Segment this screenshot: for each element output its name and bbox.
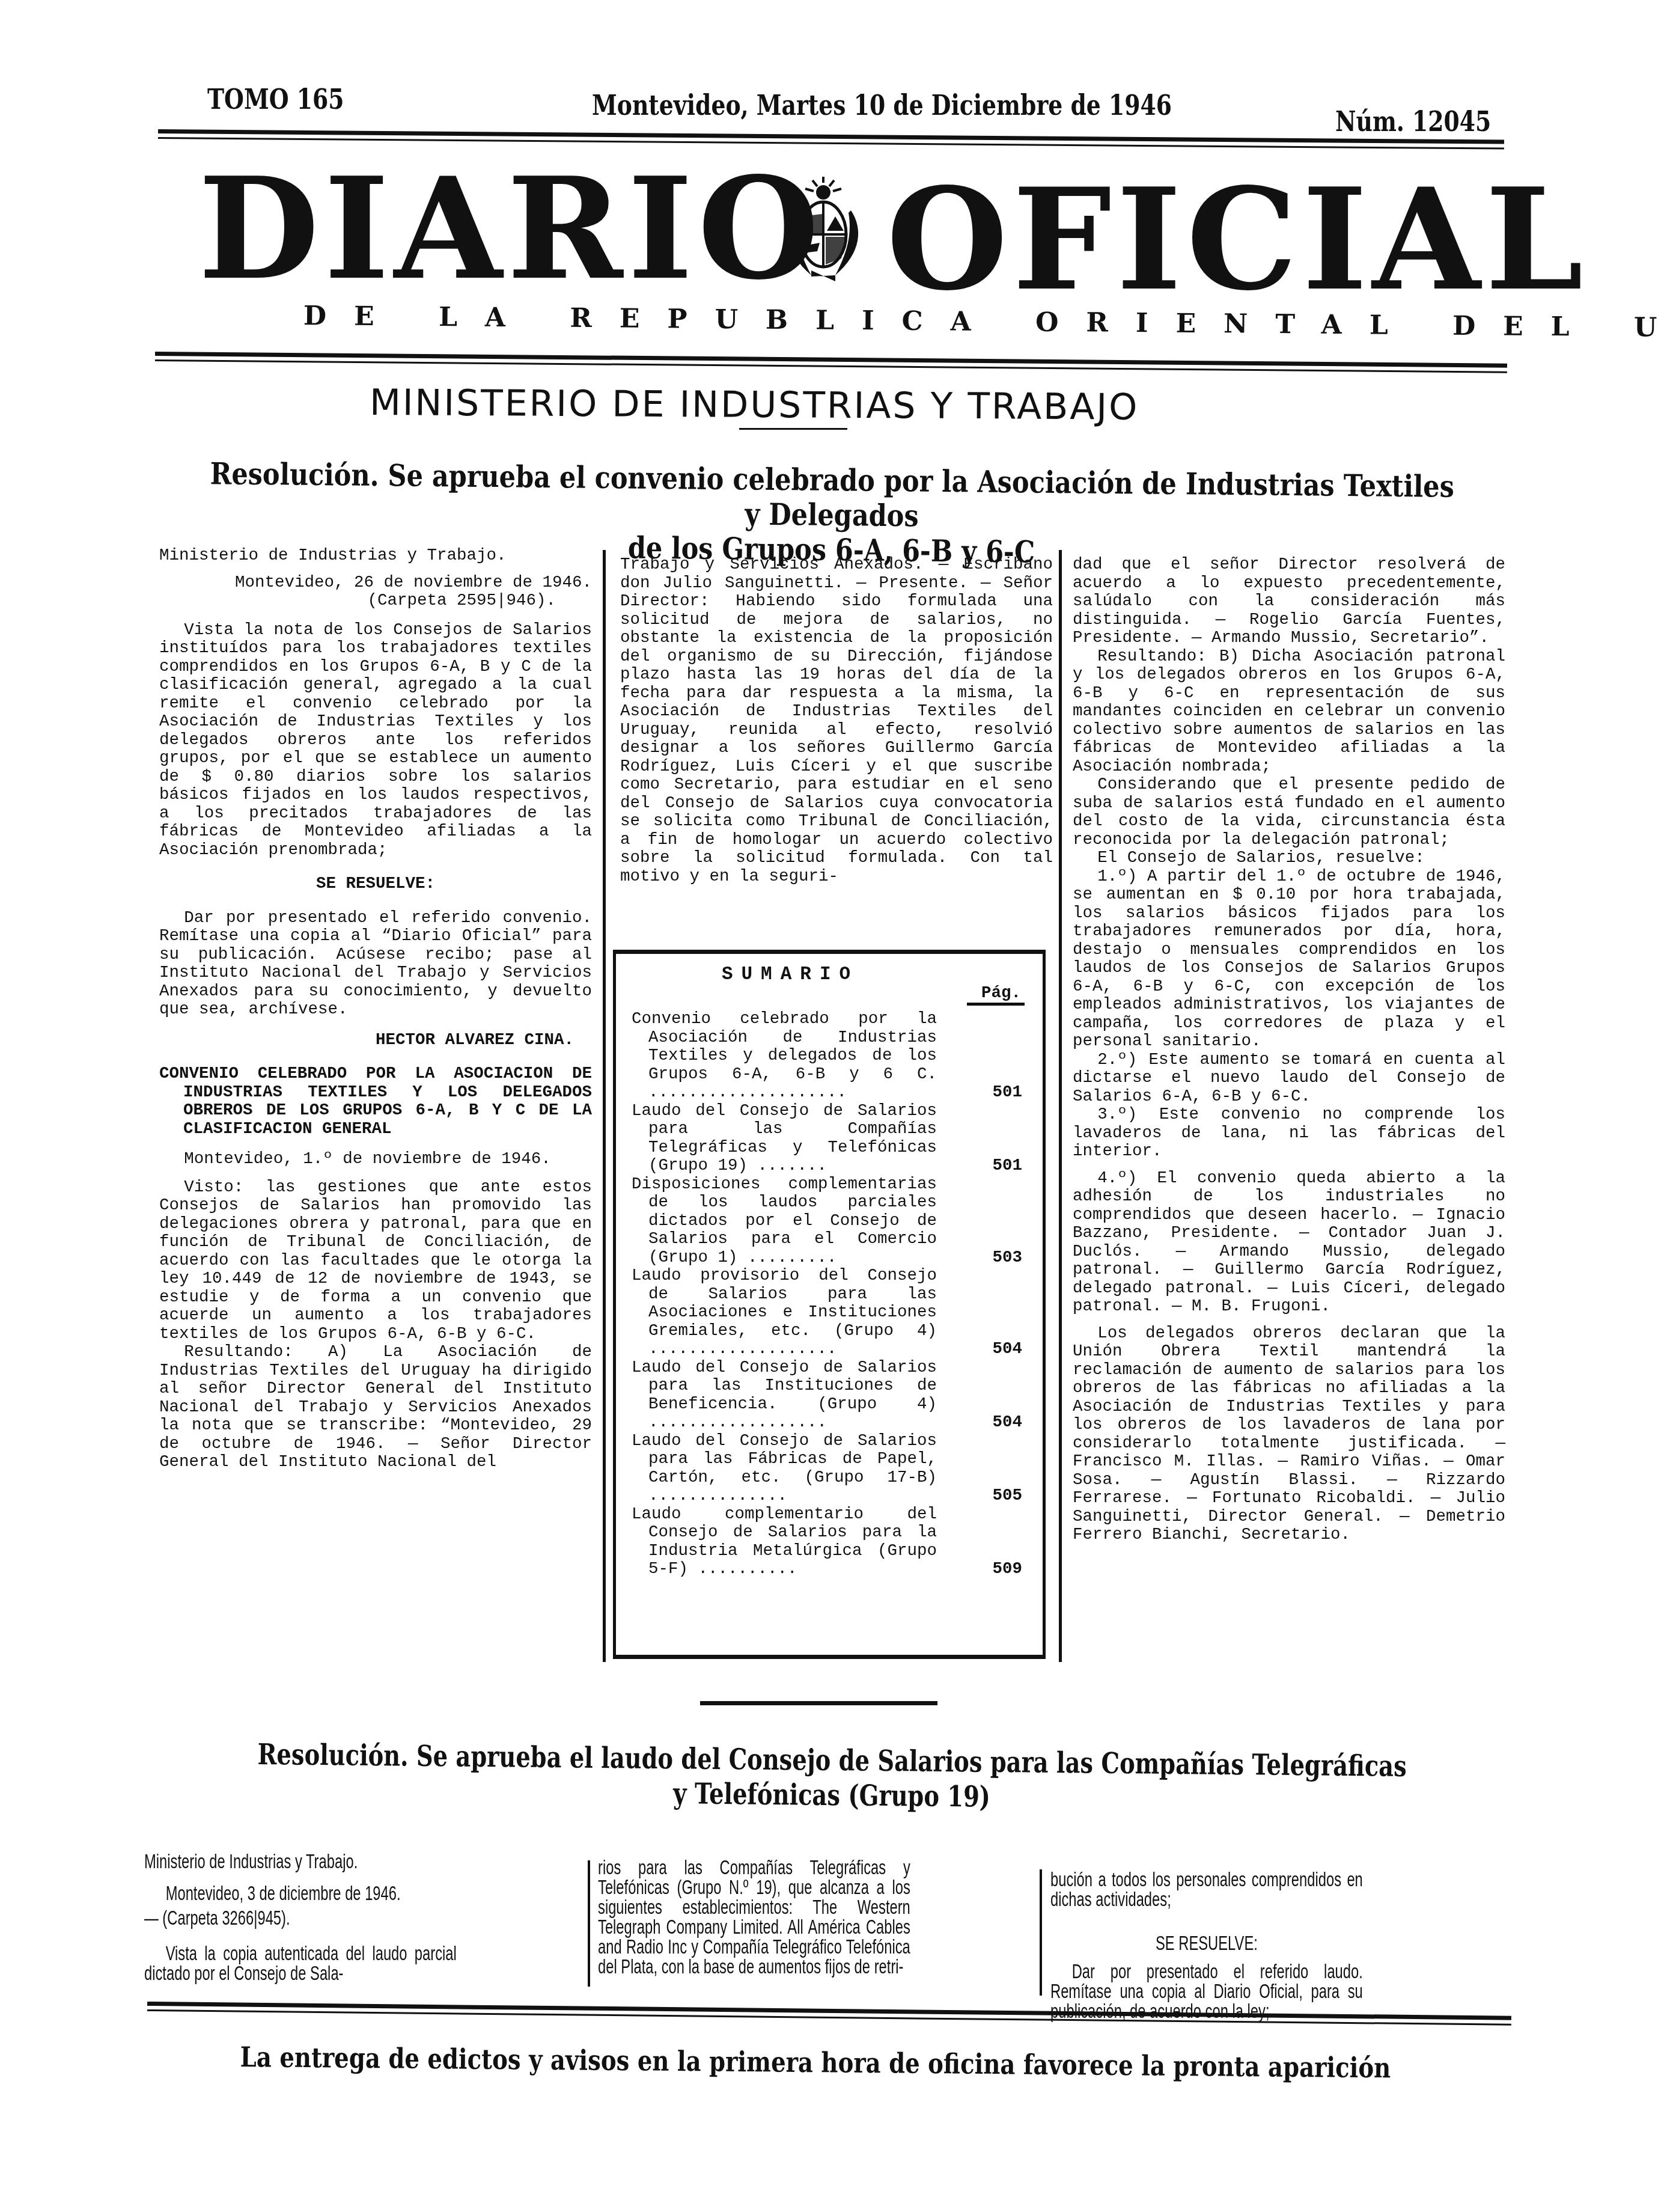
sumario-entry-page: 504	[937, 1414, 1027, 1432]
col3-paragraph-7: 3.º) Este convenio no comprende los lava…	[1073, 1106, 1505, 1161]
masthead-diario: DIARIO	[198, 159, 824, 299]
sumario-page-header: Pág.	[632, 985, 1021, 1003]
sumario-entry-title: Laudo del Consejo de Salarios para las F…	[632, 1432, 937, 1506]
r2-column-divider-2	[1040, 1869, 1042, 1996]
resolution1-column-2: Trabajo y Servicios Anexados. — Escriban…	[620, 556, 1053, 886]
col1-paragraph-1: Vista la nota de los Consejos de Salario…	[159, 622, 592, 860]
sumario-entry-title: Convenio celebrado por la Asociación de …	[632, 1010, 937, 1102]
col3-paragraph-2: Resultando: B) Dicha Asociación patronal…	[1073, 648, 1505, 777]
col1-paragraph-4: Resultando: A) La Asociación de Industri…	[159, 1343, 592, 1472]
footer-notice: La entrega de edictos y avisos en la pri…	[240, 2041, 1391, 2084]
col3-paragraph-9: Los delegados obreros declaran que la Un…	[1073, 1325, 1505, 1545]
col3-paragraph-5: 1.º) A partir del 1.º de octubre de 1946…	[1073, 868, 1505, 1051]
resolution2-headline: Resolución. Se aprueba el laudo del Cons…	[243, 1737, 1421, 1819]
col3-paragraph-1: dad que el señor Director resolverá de a…	[1073, 556, 1505, 648]
resolution1-column-3: dad que el señor Director resolverá de a…	[1073, 556, 1505, 1545]
column-divider-2	[1059, 550, 1062, 1662]
col3-paragraph-4: El Consejo de Salarios, resuelve:	[1073, 849, 1505, 868]
col1-se-resuelve: SE RESUELVE:	[159, 875, 592, 894]
sumario-page-rule	[967, 1003, 1025, 1006]
sumario-entry-page: 504	[937, 1340, 1027, 1359]
sumario-entry-page: 509	[937, 1560, 1027, 1579]
r2-col3-paragraph-1: bución a todos los personales comprendid…	[1050, 1869, 1363, 1909]
ministry-underline	[739, 428, 847, 430]
sumario-entry-title: Laudo provisorio del Consejo de Salarios…	[632, 1267, 937, 1359]
col3-paragraph-3: Considerando que el presente pedido de s…	[1073, 776, 1505, 849]
r2-col1-paragraph-1: Vista la copia autenticada del laudo par…	[144, 1943, 457, 1983]
resolution1-headline-line1: Resolución. Se aprueba el convenio celeb…	[198, 456, 1465, 539]
section-separator	[700, 1701, 937, 1705]
sumario-title: SUMARIO	[632, 966, 949, 985]
col1-date-2: Montevideo, 1.º de noviembre de 1946.	[159, 1150, 592, 1169]
sumario-entry-title: Laudo del Consejo de Salarios para las C…	[632, 1102, 937, 1176]
header-bottom-rule	[155, 352, 1507, 373]
sumario-entry-page: 505	[937, 1487, 1027, 1506]
col3-paragraph-8: 4.º) El convenio queda abierto a la adhe…	[1073, 1170, 1505, 1316]
col1-ministry: Ministerio de Industrias y Trabajo.	[159, 547, 592, 566]
col1-signature: HECTOR ALVAREZ CINA.	[159, 1031, 574, 1050]
r2-col3-se-resuelve: SE RESUELVE:	[1050, 1933, 1363, 1953]
sumario-entry-page: 501	[937, 1157, 1027, 1176]
sumario-entry-page: 501	[937, 1084, 1027, 1102]
r2-column-divider-1	[588, 1860, 590, 1987]
col1-carpeta: (Carpeta 2595|946).	[159, 592, 556, 611]
sumario-entry: Laudo complementario del Consejo de Sala…	[632, 1506, 1027, 1579]
resolution2-column-1: Ministerio de Industrias y Trabajo. Mont…	[144, 1851, 457, 1983]
col1-paragraph-3: Visto: las gestiones que ante estos Cons…	[159, 1179, 592, 1344]
sumario-entry-title: Disposiciones complementarias de los lau…	[632, 1176, 937, 1268]
r2-col1-carpeta: — (Carpeta 3266|945).	[144, 1908, 457, 1928]
volume-label: TOMO 165	[207, 83, 344, 115]
sumario-entry: Laudo provisorio del Consejo de Salarios…	[632, 1267, 1027, 1359]
sumario-entry: Convenio celebrado por la Asociación de …	[632, 1010, 1027, 1102]
col3-paragraph-6: 2.º) Este aumento se tomará en cuenta al…	[1073, 1051, 1505, 1107]
sumario-list: Convenio celebrado por la Asociación de …	[632, 1010, 1027, 1579]
uruguay-coat-of-arms-icon	[775, 174, 871, 283]
column-divider-1	[603, 550, 606, 1662]
masthead-oficial: OFICIAL	[886, 170, 1588, 310]
resolution1-column-1: Ministerio de Industrias y Trabajo. Mont…	[159, 547, 592, 1472]
ministry-heading: MINISTERIO DE INDUSTRIAS Y TRABAJO	[370, 382, 1139, 429]
dateline: Montevideo, Martes 10 de Diciembre de 19…	[592, 89, 1172, 121]
sumario-entry-title: Laudo complementario del Consejo de Sala…	[632, 1506, 937, 1579]
r2-col2-paragraph-1: rios para las Compañías Telegráficas y T…	[598, 1857, 910, 1976]
sumario-entry-title: Laudo del Consejo de Salarios para las I…	[632, 1359, 937, 1432]
sumario-entry-page: 503	[937, 1249, 1027, 1268]
sumario-entry: Disposiciones complementarias de los lau…	[632, 1176, 1027, 1268]
col2-paragraph-1: Trabajo y Servicios Anexados. — Escriban…	[620, 556, 1053, 886]
sumario-entry: Laudo del Consejo de Salarios para las F…	[632, 1432, 1027, 1506]
col1-convenio-title: CONVENIO CELEBRADO POR LA ASOCIACION DE …	[159, 1065, 592, 1138]
col1-paragraph-2: Dar por presentado el referido convenio.…	[159, 909, 592, 1019]
resolution2-column-2: rios para las Compañías Telegráficas y T…	[598, 1857, 910, 1976]
sumario-entry: Laudo del Consejo de Salarios para las C…	[632, 1102, 1027, 1176]
col1-date: Montevideo, 26 de noviembre de 1946.	[159, 574, 592, 593]
sumario-box: SUMARIO Pág. Convenio celebrado por la A…	[613, 950, 1046, 1659]
issue-number: Núm. 12045	[1335, 105, 1491, 138]
r2-col1-date: Montevideo, 3 de diciembre de 1946.	[144, 1883, 457, 1903]
sumario-entry: Laudo del Consejo de Salarios para las I…	[632, 1359, 1027, 1432]
resolution2-column-3: bución a todos los personales comprendid…	[1050, 1869, 1363, 2021]
r2-col1-ministry: Ministerio de Industrias y Trabajo.	[144, 1851, 457, 1871]
